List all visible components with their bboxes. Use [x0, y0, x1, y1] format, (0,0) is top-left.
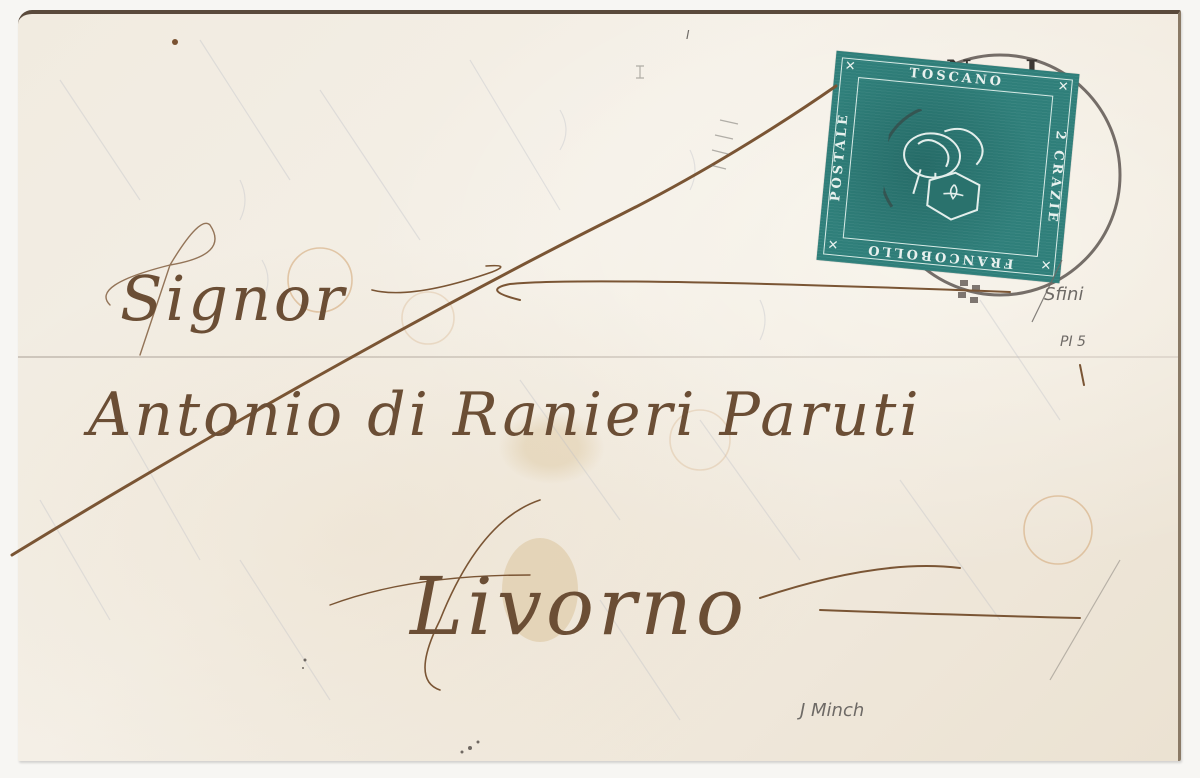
address-city: Livorno: [410, 560, 748, 653]
pencil-note-bottom: J Minch: [800, 700, 864, 721]
corner-x-icon: ✕: [840, 57, 860, 77]
pencil-note-top-right-sub: PI 5: [1060, 334, 1086, 350]
lion-with-shield-icon: [881, 106, 1011, 227]
pencil-note-top-right: Sfini: [1044, 284, 1083, 305]
pencil-mark-top: I: [686, 28, 690, 42]
corner-x-icon: ✕: [823, 237, 843, 257]
corner-x-icon: ✕: [1053, 78, 1073, 98]
fold-crease: [18, 356, 1178, 358]
address-recipient-name: Antonio di Ranieri Paruti: [88, 380, 922, 450]
postage-stamp: ✕ ✕ ✕ ✕ TOSCANO POSTALE 2 CRAZIE FRANCOB…: [816, 51, 1079, 283]
address-salutation: Signor: [120, 262, 347, 335]
corner-x-icon: ✕: [1036, 257, 1056, 277]
